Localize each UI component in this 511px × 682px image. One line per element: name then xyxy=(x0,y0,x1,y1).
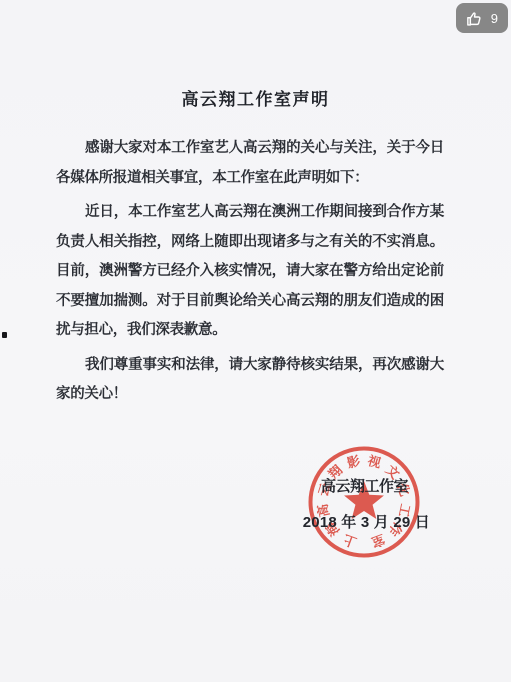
statement-title: 高云翔工作室声明 xyxy=(0,85,511,110)
svg-text:室: 室 xyxy=(370,532,387,551)
scanned-statement-page: 9 高云翔工作室声明 感谢大家对本工作室艺人高云翔的关心与关注，关于今日各媒体所… xyxy=(0,0,511,682)
studio-seal-stamp: 上海高云翔影视文化工作室 xyxy=(304,442,424,562)
signature: 高云翔工作室 xyxy=(321,475,408,496)
scan-speck xyxy=(2,332,7,338)
statement-date: 2018 年 3 月 29 日 xyxy=(303,511,430,532)
paragraph-3: 我们尊重事实和法律，请大家静待核实结果，再次感谢大家的关心！ xyxy=(56,351,444,410)
statement-body: 感谢大家对本工作室艺人高云翔的关心与关注，关于今日各媒体所报道相关事宜，本工作室… xyxy=(56,134,444,415)
svg-text:视: 视 xyxy=(365,453,382,471)
like-badge[interactable]: 9 xyxy=(456,3,508,33)
like-count: 9 xyxy=(491,12,498,25)
paragraph-1: 感谢大家对本工作室艺人高云翔的关心与关注，关于今日各媒体所报道相关事宜，本工作室… xyxy=(56,134,444,193)
svg-text:上: 上 xyxy=(341,532,358,551)
thumbs-up-icon xyxy=(465,9,484,28)
svg-text:影: 影 xyxy=(345,453,361,471)
paragraph-2: 近日，本工作室艺人高云翔在澳洲工作期间接到合作方某负责人相关指控，网络上随即出现… xyxy=(56,198,444,346)
